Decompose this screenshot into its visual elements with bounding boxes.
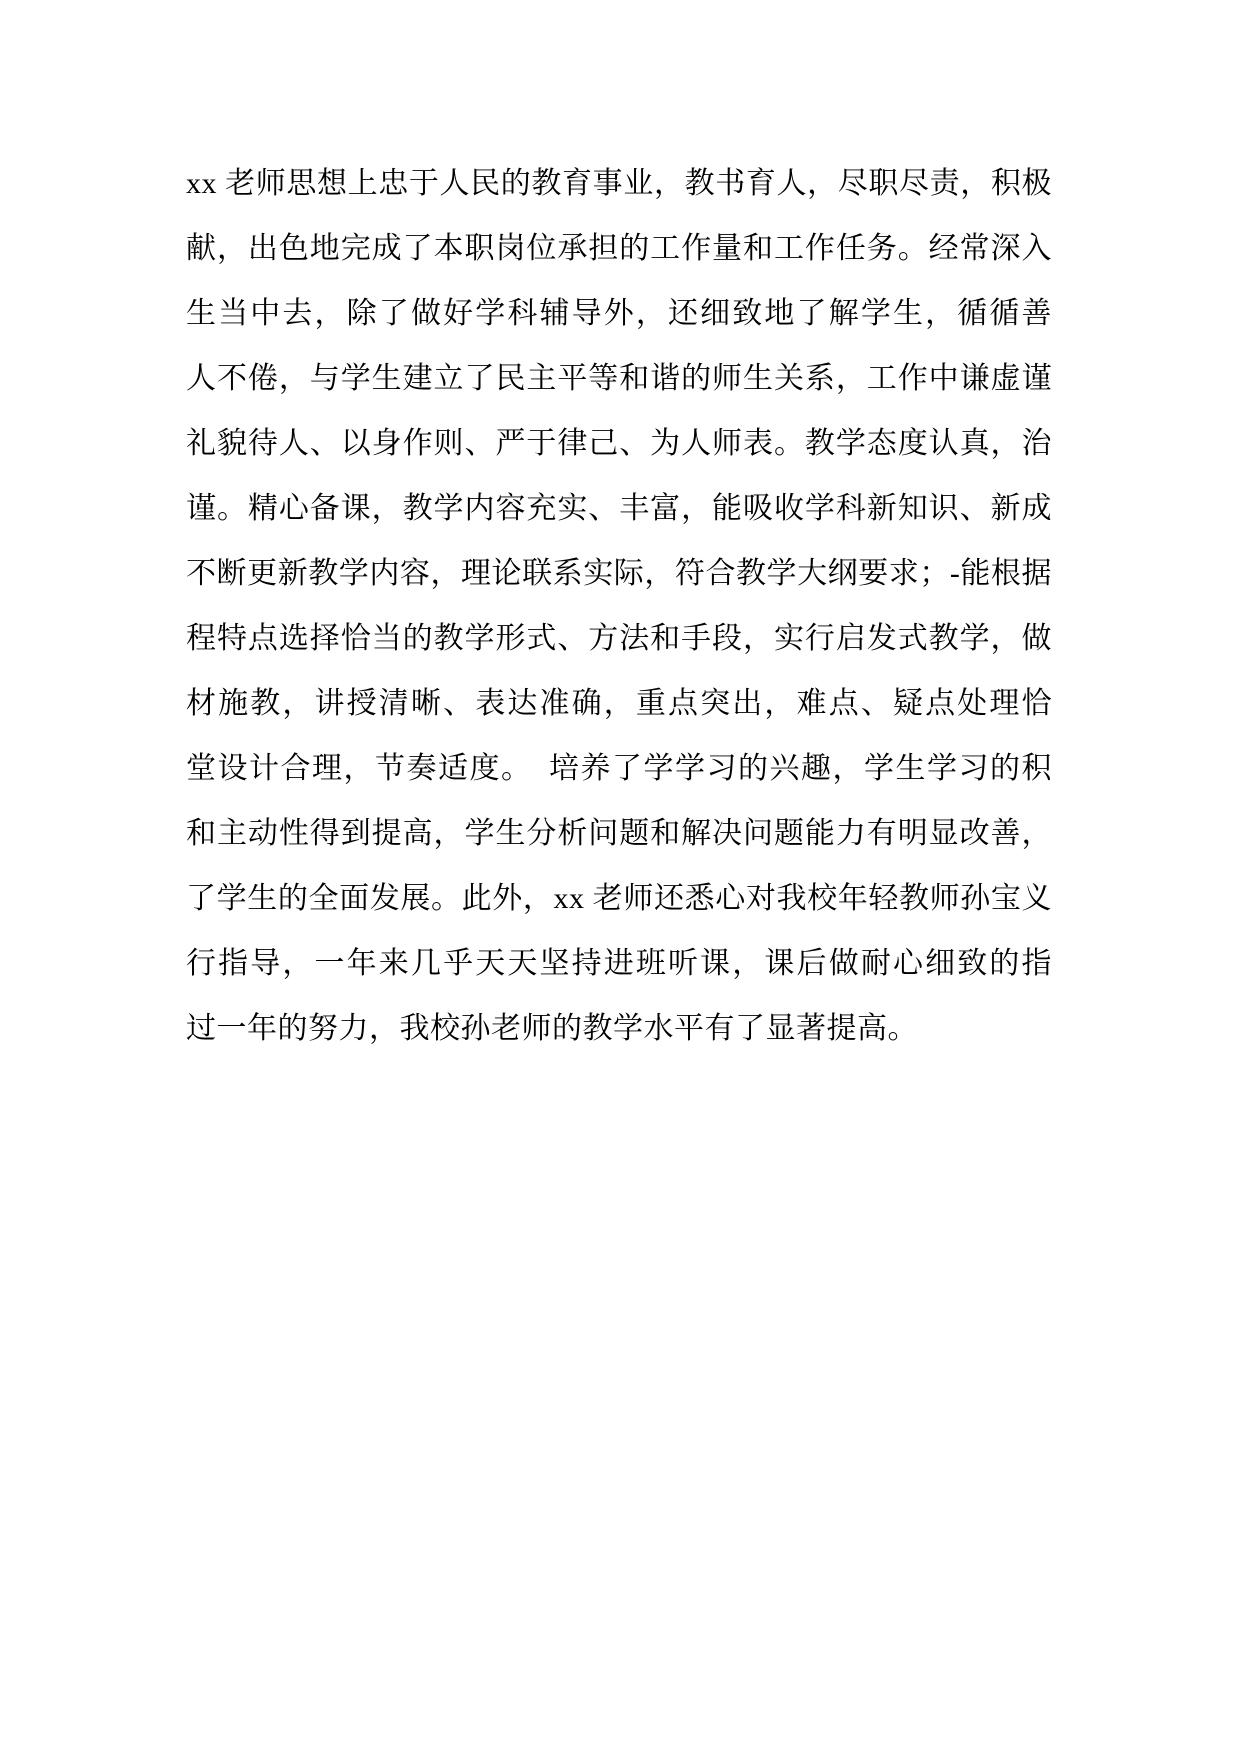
document-page: xx 老师思想上忠于人民的教育事业，教书育人，尽职尽责，积极奉 献，出色地完成了… [0,0,1241,1754]
text-line: 堂设计合理，节奏适度。 培养了学学习的兴趣，学生学习的积极性 [186,736,1052,801]
text-line: 不断更新教学内容，理论联系实际，符合教学大纲要求；-能根据课 [186,541,1052,606]
text-line: xx 老师思想上忠于人民的教育事业，教书育人，尽职尽责，积极奉 [186,151,1052,216]
text-line: 人不倦，与学生建立了民主平等和谐的师生关系，工作中谦虚谨慎、 [186,346,1052,411]
text-line: 行指导，一年来几乎天天坚持进班听课，课后做耐心细致的指导，经 [186,931,1052,996]
text-line: 和主动性得到提高，学生分析问题和解决问题能力有明显改善，促进 [186,801,1052,866]
text-line: 程特点选择恰当的教学形式、方法和手段，实行启发式教学，做到因 [186,606,1052,671]
text-line: 谨。精心备课，教学内容充实、丰富，能吸收学科新知识、新成果， [186,476,1052,541]
text-line: 材施教，讲授清晰、表达准确，重点突出，难点、疑点处理恰当，课 [186,671,1052,736]
text-paragraph: xx 老师思想上忠于人民的教育事业，教书育人，尽职尽责，积极奉 献，出色地完成了… [186,151,1052,1061]
text-line: 过一年的努力，我校孙老师的教学水平有了显著提高。 [186,996,1052,1061]
text-line: 了学生的全面发展。此外，xx 老师还悉心对我校年轻教师孙宝义进 [186,866,1052,931]
text-line: 礼貌待人、以身作则、严于律己、为人师表。教学态度认真，治学严 [186,411,1052,476]
text-line: 生当中去，除了做好学科辅导外，还细致地了解学生，循循善诱、诲 [186,281,1052,346]
text-line: 献，出色地完成了本职岗位承担的工作量和工作任务。经常深入到学 [186,216,1052,281]
